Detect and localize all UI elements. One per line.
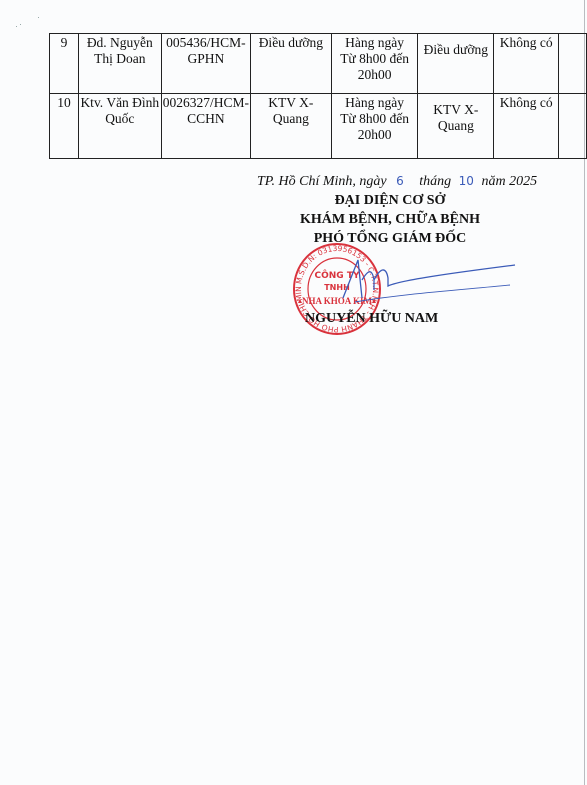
table-row: 9 Đd. Nguyễn Thị Doan 005436/HCM-GPHN Đi… <box>50 34 587 94</box>
cell-scope: Điều dưỡng <box>250 34 331 94</box>
date-month: 10 <box>459 174 474 188</box>
schedule-line: Hàng ngày <box>333 95 417 111</box>
cell-position: KTV X-Quang <box>418 94 494 159</box>
cell-schedule: Hàng ngày Từ 8h00 đến 20h00 <box>331 94 418 159</box>
cell-no: 10 <box>50 94 79 159</box>
cell-other: Không có <box>494 94 559 159</box>
schedule-line: Từ 8h00 đến <box>333 51 417 67</box>
handwritten-signature <box>340 250 520 310</box>
cell-name: Ktv. Văn Đình Quốc <box>78 94 161 159</box>
cell-no: 9 <box>50 34 79 94</box>
cell-schedule: Hàng ngày Từ 8h00 đến 20h00 <box>331 34 418 94</box>
cell-license: 005436/HCM-GPHN <box>161 34 250 94</box>
date-day: 6 <box>396 174 404 188</box>
schedule-line: 20h00 <box>333 67 417 83</box>
table-row: 10 Ktv. Văn Đình Quốc 0026327/HCM-CCHN K… <box>50 94 587 159</box>
signature-title: ĐẠI DIỆN CƠ SỞ <box>240 191 540 210</box>
signature-block: TP. Hồ Chí Minh, ngày 6 tháng 10 năm 202… <box>240 172 540 248</box>
signature-title: KHÁM BỆNH, CHỮA BỆNH <box>240 210 540 229</box>
signature-title: PHÓ TỔNG GIÁM ĐỐC <box>240 229 540 248</box>
cell-note <box>559 94 587 159</box>
scan-specks <box>14 14 44 34</box>
date-month-label: tháng <box>419 174 451 189</box>
cell-position: Điều dưỡng <box>418 34 494 94</box>
schedule-line: Hàng ngày <box>333 35 417 51</box>
schedule-line: 20h00 <box>333 127 417 143</box>
staff-table: 9 Đd. Nguyễn Thị Doan 005436/HCM-GPHN Đi… <box>49 33 587 159</box>
cell-note <box>559 34 587 94</box>
date-year: năm 2025 <box>481 174 537 189</box>
date-prefix: TP. Hồ Chí Minh, ngày <box>257 174 387 189</box>
cell-license: 0026327/HCM-CCHN <box>161 94 250 159</box>
date-line: TP. Hồ Chí Minh, ngày 6 tháng 10 năm 202… <box>240 172 540 191</box>
cell-name: Đd. Nguyễn Thị Doan <box>78 34 161 94</box>
cell-scope: KTV X-Quang <box>250 94 331 159</box>
cell-other: Không có <box>494 34 559 94</box>
signer-name: NGUYỄN HỮU NAM <box>305 311 438 327</box>
schedule-line: Từ 8h00 đến <box>333 111 417 127</box>
